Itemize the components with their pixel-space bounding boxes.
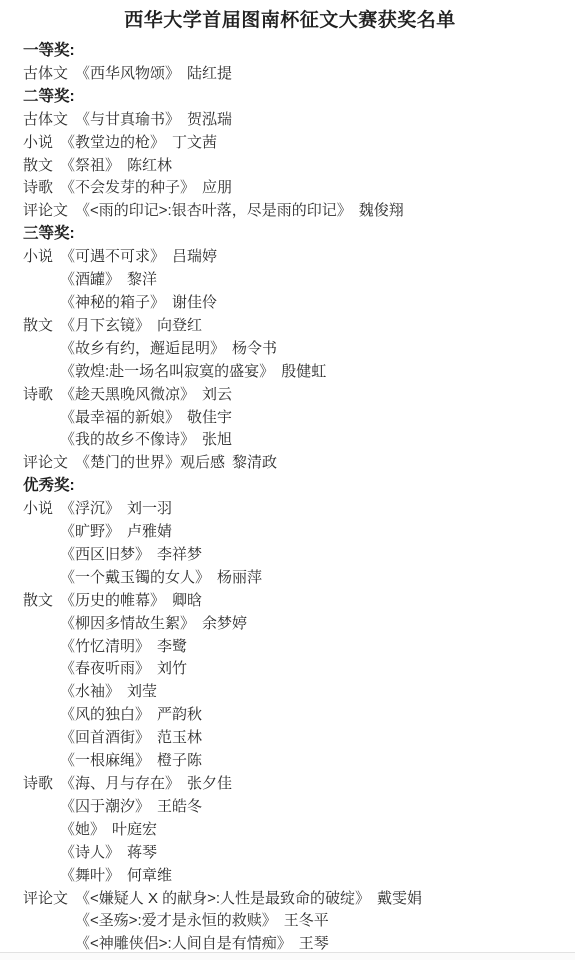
author-name: 卢雅婧 — [127, 521, 172, 544]
work-title: 《<雨的印记>:银杏叶落，尽是雨的印记》 — [75, 200, 352, 223]
document-body: 西华大学首届图南杯征文大赛获奖名单 一等奖: 古体文 《西华风物颂》 陆红提 二… — [0, 0, 575, 956]
winner-entry: 《西华风物颂》 陆红提 — [75, 63, 557, 86]
work-title: 《诗人》 — [60, 842, 120, 865]
author-name: 张夕佳 — [187, 773, 232, 796]
author-name: 戴雯娟 — [377, 888, 422, 911]
work-title: 《西华风物颂》 — [75, 63, 180, 86]
winner-entry: 《敦煌:赴一场名叫寂寞的盛宴》 殷健虹 — [60, 361, 557, 384]
author-name: 魏俊翔 — [359, 200, 404, 223]
category-group: 散文 《月下玄镜》 向登红 《故乡有约，邂逅昆明》 杨令书 《敦煌:赴一场名叫寂… — [23, 315, 557, 384]
winner-entry: 《浮沉》 刘一羽 — [60, 498, 557, 521]
work-title: 《水袖》 — [60, 681, 120, 704]
winner-entry: 《神秘的箱子》 谢佳伶 — [60, 292, 557, 315]
category-group: 评论文 《<雨的印记>:银杏叶落，尽是雨的印记》 魏俊翔 — [23, 200, 557, 223]
author-name: 刘一羽 — [127, 498, 172, 521]
winner-entry: 《<雨的印记>:银杏叶落，尽是雨的印记》 魏俊翔 — [75, 200, 557, 223]
page-title: 西华大学首届图南杯征文大赛获奖名单 — [23, 8, 557, 34]
entry-list: 《浮沉》 刘一羽 《旷野》 卢雅婧 《西区旧梦》 李祥梦 《一个戴玉镯的女人》 … — [60, 498, 557, 590]
category-group: 小说 《可遇不可求》 吕瑞婷 《酒罐》 黎洋 《神秘的箱子》 谢佳伶 — [23, 246, 557, 315]
entry-list: 《<嫌疑人 X 的献身>:人性是最致命的破绽》 戴雯娟 《<圣殇>:爱才是永恒的… — [75, 888, 557, 957]
author-name: 范玉林 — [157, 727, 202, 750]
work-title: 《教堂边的枪》 — [60, 132, 165, 155]
work-title: 《故乡有约，邂逅昆明》 — [60, 338, 225, 361]
entry-list: 《西华风物颂》 陆红提 — [75, 63, 557, 86]
author-name: 应朋 — [202, 177, 232, 200]
author-name: 刘竹 — [157, 658, 187, 681]
author-name: 蒋琴 — [127, 842, 157, 865]
author-name: 叶庭宏 — [112, 819, 157, 842]
winner-entry: 《月下玄镜》 向登红 — [60, 315, 557, 338]
author-name: 李祥梦 — [157, 544, 202, 567]
category-label: 散文 — [23, 155, 53, 178]
winner-entry: 《海、月与存在》 张夕佳 — [60, 773, 557, 796]
category-label: 古体文 — [23, 63, 68, 86]
work-title: 《楚门的世界》观后感 — [75, 452, 225, 475]
winner-entry: 《酒罐》 黎洋 — [60, 269, 557, 292]
winner-entry: 《水袖》 刘莹 — [60, 681, 557, 704]
entry-list: 《祭祖》 陈红林 — [60, 155, 557, 178]
section-heading: 三等奖: — [23, 223, 557, 246]
section-heading: 优秀奖: — [23, 475, 557, 498]
winner-entry: 《风的独白》 严韵秋 — [60, 704, 557, 727]
author-name: 丁文茜 — [172, 132, 217, 155]
work-title: 《一个戴玉镯的女人》 — [60, 567, 210, 590]
work-title: 《敦煌:赴一场名叫寂寞的盛宴》 — [60, 361, 274, 384]
entry-list: 《月下玄镜》 向登红 《故乡有约，邂逅昆明》 杨令书 《敦煌:赴一场名叫寂寞的盛… — [60, 315, 557, 384]
work-title: 《我的故乡不像诗》 — [60, 429, 195, 452]
author-name: 李鹭 — [157, 636, 187, 659]
work-title: 《祭祖》 — [60, 155, 120, 178]
section-heading: 一等奖: — [23, 40, 557, 63]
author-name: 卿晗 — [172, 590, 202, 613]
winner-entry: 《一个戴玉镯的女人》 杨丽萍 — [60, 567, 557, 590]
work-title: 《历史的帷幕》 — [60, 590, 165, 613]
page-bottom-divider — [0, 952, 575, 960]
author-name: 何章维 — [127, 865, 172, 888]
author-name: 贺泓瑞 — [187, 109, 232, 132]
work-title: 《与甘真瑜书》 — [75, 109, 180, 132]
winner-entry: 《祭祖》 陈红林 — [60, 155, 557, 178]
winner-entry: 《最幸福的新娘》 敬佳宇 — [60, 407, 557, 430]
section-groups: 古体文 《西华风物颂》 陆红提 — [23, 63, 557, 86]
entry-list: 《海、月与存在》 张夕佳 《囚于潮汐》 王皓冬 《她》 叶庭宏 《诗人》 蒋琴 … — [60, 773, 557, 888]
category-group: 诗歌 《趁天黑晚风微凉》 刘云 《最幸福的新娘》 敬佳宇 《我的故乡不像诗》 张… — [23, 384, 557, 453]
work-title: 《海、月与存在》 — [60, 773, 180, 796]
work-title: 《风的独白》 — [60, 704, 150, 727]
work-title: 《趁天黑晚风微凉》 — [60, 384, 195, 407]
award-section: 三等奖: 小说 《可遇不可求》 吕瑞婷 《酒罐》 黎洋 《神秘的箱子》 谢佳伶 … — [23, 223, 557, 475]
entry-list: 《教堂边的枪》 丁文茜 — [60, 132, 557, 155]
winner-entry: 《她》 叶庭宏 — [60, 819, 557, 842]
work-title: 《一根麻绳》 — [60, 750, 150, 773]
author-name: 向登红 — [157, 315, 202, 338]
winner-entry: 《旷野》 卢雅婧 — [60, 521, 557, 544]
entry-list: 《与甘真瑜书》 贺泓瑞 — [75, 109, 557, 132]
category-group: 小说 《教堂边的枪》 丁文茜 — [23, 132, 557, 155]
work-title: 《神秘的箱子》 — [60, 292, 165, 315]
category-label: 小说 — [23, 132, 53, 155]
author-name: 陆红提 — [187, 63, 232, 86]
winner-entry: 《竹忆清明》 李鹭 — [60, 636, 557, 659]
section-groups: 小说 《浮沉》 刘一羽 《旷野》 卢雅婧 《西区旧梦》 李祥梦 《一个戴玉镯的女… — [23, 498, 557, 956]
author-name: 殷健虹 — [281, 361, 326, 384]
work-title: 《酒罐》 — [60, 269, 120, 292]
author-name: 黎洋 — [127, 269, 157, 292]
category-group: 散文 《祭祖》 陈红林 — [23, 155, 557, 178]
category-label: 小说 — [23, 498, 53, 521]
author-name: 黎清政 — [232, 452, 277, 475]
winner-entry: 《可遇不可求》 吕瑞婷 — [60, 246, 557, 269]
sections: 一等奖: 古体文 《西华风物颂》 陆红提 二等奖: 古体文 《与甘真瑜书》 贺泓… — [23, 40, 557, 956]
winner-entry: 《<圣殇>:爱才是永恒的救赎》 王冬平 — [75, 910, 557, 933]
award-section: 优秀奖: 小说 《浮沉》 刘一羽 《旷野》 卢雅婧 《西区旧梦》 李祥梦 《一个… — [23, 475, 557, 956]
author-name: 敬佳宇 — [187, 407, 232, 430]
category-group: 评论文 《<嫌疑人 X 的献身>:人性是最致命的破绽》 戴雯娟 《<圣殇>:爱才… — [23, 888, 557, 957]
award-section: 二等奖: 古体文 《与甘真瑜书》 贺泓瑞 小说 《教堂边的枪》 丁文茜 散文 《… — [23, 86, 557, 223]
work-title: 《浮沉》 — [60, 498, 120, 521]
work-title: 《月下玄镜》 — [60, 315, 150, 338]
winner-entry: 《一根麻绳》 橙子陈 — [60, 750, 557, 773]
author-name: 张旭 — [202, 429, 232, 452]
category-group: 诗歌 《不会发芽的种子》 应朋 — [23, 177, 557, 200]
category-label: 诗歌 — [23, 177, 53, 200]
winner-entry: 《不会发芽的种子》 应朋 — [60, 177, 557, 200]
category-group: 古体文 《与甘真瑜书》 贺泓瑞 — [23, 109, 557, 132]
winner-entry: 《趁天黑晚风微凉》 刘云 — [60, 384, 557, 407]
category-label: 小说 — [23, 246, 53, 269]
author-name: 刘莹 — [127, 681, 157, 704]
section-heading: 二等奖: — [23, 86, 557, 109]
winner-entry: 《回首酒街》 范玉林 — [60, 727, 557, 750]
work-title: 《柳因多情故生絮》 — [60, 613, 195, 636]
entry-list: 《楚门的世界》观后感 黎清政 — [75, 452, 557, 475]
category-label: 诗歌 — [23, 773, 53, 796]
category-group: 散文 《历史的帷幕》 卿晗 《柳因多情故生絮》 余梦婷 《竹忆清明》 李鹭 《春… — [23, 590, 557, 773]
winner-entry: 《舞叶》 何章维 — [60, 865, 557, 888]
category-label: 散文 — [23, 590, 53, 613]
work-title: 《不会发芽的种子》 — [60, 177, 195, 200]
category-label: 评论文 — [23, 452, 68, 475]
entry-list: 《可遇不可求》 吕瑞婷 《酒罐》 黎洋 《神秘的箱子》 谢佳伶 — [60, 246, 557, 315]
work-title: 《<圣殇>:爱才是永恒的救赎》 — [75, 910, 277, 933]
entry-list: 《趁天黑晚风微凉》 刘云 《最幸福的新娘》 敬佳宇 《我的故乡不像诗》 张旭 — [60, 384, 557, 453]
category-label: 古体文 — [23, 109, 68, 132]
author-name: 严韵秋 — [157, 704, 202, 727]
section-groups: 小说 《可遇不可求》 吕瑞婷 《酒罐》 黎洋 《神秘的箱子》 谢佳伶 散文 《月… — [23, 246, 557, 475]
author-name: 谢佳伶 — [172, 292, 217, 315]
winner-entry: 《诗人》 蒋琴 — [60, 842, 557, 865]
document-page: 西华大学首届图南杯征文大赛获奖名单 一等奖: 古体文 《西华风物颂》 陆红提 二… — [0, 0, 575, 960]
author-name: 杨丽萍 — [217, 567, 262, 590]
entry-list: 《历史的帷幕》 卿晗 《柳因多情故生絮》 余梦婷 《竹忆清明》 李鹭 《春夜听雨… — [60, 590, 557, 773]
winner-entry: 《<嫌疑人 X 的献身>:人性是最致命的破绽》 戴雯娟 — [75, 888, 557, 911]
author-name: 刘云 — [202, 384, 232, 407]
work-title: 《西区旧梦》 — [60, 544, 150, 567]
author-name: 橙子陈 — [157, 750, 202, 773]
work-title: 《舞叶》 — [60, 865, 120, 888]
winner-entry: 《故乡有约，邂逅昆明》 杨令书 — [60, 338, 557, 361]
author-name: 王冬平 — [284, 910, 329, 933]
section-groups: 古体文 《与甘真瑜书》 贺泓瑞 小说 《教堂边的枪》 丁文茜 散文 《祭祖》 陈… — [23, 109, 557, 224]
work-title: 《囚于潮汐》 — [60, 796, 150, 819]
winner-entry: 《历史的帷幕》 卿晗 — [60, 590, 557, 613]
category-label: 评论文 — [23, 200, 68, 223]
work-title: 《她》 — [60, 819, 105, 842]
category-label: 评论文 — [23, 888, 68, 911]
category-group: 诗歌 《海、月与存在》 张夕佳 《囚于潮汐》 王皓冬 《她》 叶庭宏 《诗人》 … — [23, 773, 557, 888]
winner-entry: 《春夜听雨》 刘竹 — [60, 658, 557, 681]
winner-entry: 《囚于潮汐》 王皓冬 — [60, 796, 557, 819]
winner-entry: 《西区旧梦》 李祥梦 — [60, 544, 557, 567]
winner-entry: 《教堂边的枪》 丁文茜 — [60, 132, 557, 155]
winner-entry: 《柳因多情故生絮》 余梦婷 — [60, 613, 557, 636]
category-group: 古体文 《西华风物颂》 陆红提 — [23, 63, 557, 86]
category-label: 散文 — [23, 315, 53, 338]
author-name: 吕瑞婷 — [172, 246, 217, 269]
work-title: 《春夜听雨》 — [60, 658, 150, 681]
winner-entry: 《与甘真瑜书》 贺泓瑞 — [75, 109, 557, 132]
category-label: 诗歌 — [23, 384, 53, 407]
winner-entry: 《楚门的世界》观后感 黎清政 — [75, 452, 557, 475]
work-title: 《竹忆清明》 — [60, 636, 150, 659]
author-name: 陈红林 — [127, 155, 172, 178]
work-title: 《最幸福的新娘》 — [60, 407, 180, 430]
award-section: 一等奖: 古体文 《西华风物颂》 陆红提 — [23, 40, 557, 86]
winner-entry: 《我的故乡不像诗》 张旭 — [60, 429, 557, 452]
category-group: 评论文 《楚门的世界》观后感 黎清政 — [23, 452, 557, 475]
work-title: 《旷野》 — [60, 521, 120, 544]
category-group: 小说 《浮沉》 刘一羽 《旷野》 卢雅婧 《西区旧梦》 李祥梦 《一个戴玉镯的女… — [23, 498, 557, 590]
work-title: 《可遇不可求》 — [60, 246, 165, 269]
work-title: 《<嫌疑人 X 的献身>:人性是最致命的破绽》 — [75, 888, 370, 911]
author-name: 余梦婷 — [202, 613, 247, 636]
author-name: 杨令书 — [232, 338, 277, 361]
entry-list: 《<雨的印记>:银杏叶落，尽是雨的印记》 魏俊翔 — [75, 200, 557, 223]
entry-list: 《不会发芽的种子》 应朋 — [60, 177, 557, 200]
work-title: 《回首酒街》 — [60, 727, 150, 750]
author-name: 王皓冬 — [157, 796, 202, 819]
